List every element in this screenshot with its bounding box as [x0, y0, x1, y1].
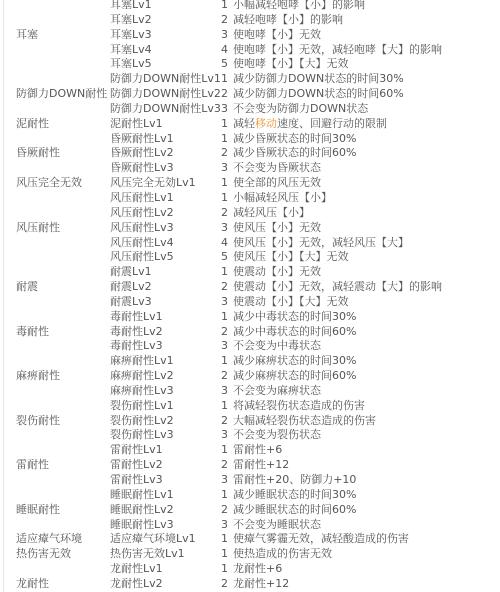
- table-row: 裂伤耐性裂伤耐性Lv22大幅减轻裂伤状态造成的伤害: [0, 414, 500, 429]
- table-row: 毒耐性Lv33不会变为中毒状态: [0, 339, 500, 354]
- description-cell: 不会变为麻痹状态: [233, 384, 321, 399]
- table-row: 风压耐性Lv44使风压【小】无效，减轻风压【大】: [0, 236, 500, 251]
- description-cell: 使咆哮【小】无效: [233, 28, 321, 43]
- table-row: 雷耐性Lv33雷耐性+20、防御力+10: [0, 473, 500, 488]
- skill-cell: 泥耐性Lv1: [110, 117, 163, 132]
- description-text: 速度、回避行动的限制: [277, 117, 387, 130]
- table-row: 昏厥耐性昏厥耐性Lv22减少昏厥状态的时间60%: [0, 146, 500, 161]
- table-row: 睡眠耐性Lv33不会变为睡眠状态: [0, 518, 500, 533]
- level-cell: 3: [221, 28, 229, 43]
- description-cell: 减少昏厥状态的时间60%: [233, 146, 356, 161]
- description-cell: 减少麻痹状态的时间30%: [233, 354, 356, 369]
- level-cell: 1: [221, 399, 229, 414]
- skill-cell: 防御力DOWN耐性Lv2: [110, 87, 221, 102]
- level-cell: 2: [221, 146, 229, 161]
- table-row: 麻痹耐性Lv11减少麻痹状态的时间30%: [0, 354, 500, 369]
- skill-cell: 裂伤耐性Lv2: [110, 414, 174, 429]
- table-row: 风压完全无效风压完全无効Lv11使全部的风压无效: [0, 176, 500, 191]
- category-cell: 风压完全无效: [16, 176, 82, 191]
- skill-cell: 风压耐性Lv2: [110, 206, 174, 221]
- table-row: 龙耐性Lv11龙耐性+6: [0, 562, 500, 577]
- table-row: 适应瘴气环境适应瘴气环境Lv11使瘴气雾霾无效，减轻酸造成的伤害: [0, 532, 500, 547]
- skill-cell: 耐震Lv3: [110, 295, 152, 310]
- level-cell: 2: [221, 577, 229, 592]
- level-cell: 3: [221, 221, 229, 236]
- description-cell: 减少中毒状态的时间30%: [233, 310, 356, 325]
- level-cell: 5: [221, 250, 229, 265]
- skill-table: 耳塞Lv11小幅减轻咆哮【小】的影响 耳塞Lv22减轻咆哮【小】的影响 耳塞耳塞…: [0, 0, 500, 592]
- skill-cell: 麻痹耐性Lv2: [110, 369, 174, 384]
- skill-cell: 雷耐性Lv1: [110, 443, 163, 458]
- skill-cell: 耳塞Lv5: [110, 57, 152, 72]
- category-cell: 耳塞: [16, 28, 38, 43]
- skill-cell: 毒耐性Lv1: [110, 310, 163, 325]
- level-cell: 1: [221, 132, 229, 147]
- table-row: 热伤害无效热伤害无效Lv11使热造成的伤害无效: [0, 547, 500, 562]
- description-cell: 使风压【小】无效，减轻风压【大】: [233, 236, 409, 251]
- description-cell: 雷耐性+20、防御力+10: [233, 473, 356, 488]
- description-cell: 使全部的风压无效: [233, 176, 321, 191]
- level-cell: 1: [221, 562, 229, 577]
- category-cell: 龙耐性: [16, 577, 49, 592]
- table-row: 毒耐性Lv11减少中毒状态的时间30%: [0, 310, 500, 325]
- level-cell: 2: [221, 280, 229, 295]
- skill-cell: 耐震Lv1: [110, 265, 152, 280]
- level-cell: 4: [221, 43, 229, 58]
- level-cell: 1: [221, 310, 229, 325]
- description-cell: 不会变为裂伤状态: [233, 428, 321, 443]
- table-row: 昏厥耐性Lv11减少昏厥状态的时间30%: [0, 132, 500, 147]
- table-row: 裂伤耐性Lv33不会变为裂伤状态: [0, 428, 500, 443]
- description-cell: 减轻移动速度、回避行动的限制: [233, 117, 387, 132]
- table-row: 麻痹耐性麻痹耐性Lv22减少麻痹状态的时间60%: [0, 369, 500, 384]
- skill-cell: 风压完全无効Lv1: [110, 176, 196, 191]
- level-cell: 3: [221, 161, 229, 176]
- skill-cell: 雷耐性Lv3: [110, 473, 163, 488]
- description-cell: 减轻风压【小】: [233, 206, 310, 221]
- description-cell: 使风压【小】无效: [233, 221, 321, 236]
- level-cell: 4: [221, 236, 229, 251]
- table-row: 耳塞Lv44使咆哮【小】无效，减轻咆哮【大】的影响: [0, 43, 500, 58]
- category-cell: 风压耐性: [16, 221, 60, 236]
- table-row: 昏厥耐性Lv33不会变为昏厥状态: [0, 161, 500, 176]
- level-cell: 1: [221, 117, 229, 132]
- skill-cell: 雷耐性Lv2: [110, 458, 163, 473]
- skill-cell: 风压耐性Lv1: [110, 191, 174, 206]
- level-cell: 1: [221, 547, 229, 562]
- description-cell: 减轻咆哮【小】的影响: [233, 13, 343, 28]
- category-cell: 耐震: [16, 280, 38, 295]
- category-cell: 毒耐性: [16, 325, 49, 340]
- description-cell: 使震动【小】无效: [233, 265, 321, 280]
- table-row: 耐震Lv11使震动【小】无效: [0, 265, 500, 280]
- table-row: 风压耐性风压耐性Lv33使风压【小】无效: [0, 221, 500, 236]
- skill-cell: 龙耐性Lv1: [110, 562, 163, 577]
- category-cell: 防御力DOWN耐性: [16, 87, 107, 102]
- table-row: 毒耐性毒耐性Lv22减少中毒状态的时间60%: [0, 325, 500, 340]
- description-cell: 使风压【小】【大】无效: [233, 250, 349, 265]
- description-cell: 雷耐性+6: [233, 443, 282, 458]
- skill-cell: 风压耐性Lv3: [110, 221, 174, 236]
- skill-cell: 耳塞Lv3: [110, 28, 152, 43]
- category-cell: 适应瘴气环境: [16, 532, 82, 547]
- description-cell: 大幅减轻裂伤状态造成的伤害: [233, 414, 376, 429]
- description-cell: 减少睡眠状态的时间30%: [233, 488, 356, 503]
- description-cell: 小幅减轻咆哮【小】的影响: [233, 0, 365, 13]
- skill-cell: 睡眠耐性Lv2: [110, 503, 174, 518]
- description-cell: 不会变为昏厥状态: [233, 161, 321, 176]
- skill-cell: 适应瘴气环境Lv1: [110, 532, 196, 547]
- skill-cell: 耐震Lv2: [110, 280, 152, 295]
- table-row: 耳塞Lv11小幅减轻咆哮【小】的影响: [0, 0, 500, 13]
- skill-cell: 耳塞Lv4: [110, 43, 152, 58]
- description-cell: 减少防御力DOWN状态的时间30%: [233, 72, 404, 87]
- description-cell: 龙耐性+6: [233, 562, 282, 577]
- level-cell: 3: [221, 428, 229, 443]
- description-cell: 龙耐性+12: [233, 577, 289, 592]
- skill-cell: 热伤害无效Lv1: [110, 547, 185, 562]
- level-cell: 1: [221, 176, 229, 191]
- level-cell: 2: [221, 87, 229, 102]
- table-row: 麻痹耐性Lv33不会变为麻痹状态: [0, 384, 500, 399]
- skill-cell: 防御力DOWN耐性Lv1: [110, 72, 221, 87]
- level-cell: 2: [221, 369, 229, 384]
- level-cell: 3: [221, 102, 229, 117]
- table-row: 睡眠耐性睡眠耐性Lv22减少睡眠状态的时间60%: [0, 503, 500, 518]
- level-cell: 1: [221, 191, 229, 206]
- description-cell: 使震动【小】无效，减轻震动【大】的影响: [233, 280, 442, 295]
- level-cell: 3: [221, 473, 229, 488]
- level-cell: 1: [221, 354, 229, 369]
- skill-cell: 昏厥耐性Lv3: [110, 161, 174, 176]
- description-cell: 使咆哮【小】无效，减轻咆哮【大】的影响: [233, 43, 442, 58]
- skill-cell: 裂伤耐性Lv3: [110, 428, 174, 443]
- table-row: 防御力DOWN耐性Lv33不会变为防御力DOWN状态: [0, 102, 500, 117]
- table-row: 耐震耐震Lv22使震动【小】无效，减轻震动【大】的影响: [0, 280, 500, 295]
- level-cell: 1: [221, 443, 229, 458]
- description-cell: 使热造成的伤害无效: [233, 547, 332, 562]
- skill-cell: 毒耐性Lv2: [110, 325, 163, 340]
- category-cell: 睡眠耐性: [16, 503, 60, 518]
- table-row: 耐震Lv33使震动【小】【大】无效: [0, 295, 500, 310]
- skill-cell: 风压耐性Lv5: [110, 250, 174, 265]
- highlighted-link-text[interactable]: 移动: [255, 117, 277, 130]
- description-cell: 小幅减轻风压【小】: [233, 191, 332, 206]
- table-row: 龙耐性龙耐性Lv22龙耐性+12: [0, 577, 500, 592]
- description-cell: 减少麻痹状态的时间60%: [233, 369, 356, 384]
- table-row: 泥耐性泥耐性Lv11减轻移动速度、回避行动的限制: [0, 117, 500, 132]
- skill-cell: 昏厥耐性Lv1: [110, 132, 174, 147]
- table-row: 防御力DOWN耐性Lv11减少防御力DOWN状态的时间30%: [0, 72, 500, 87]
- description-cell: 减少睡眠状态的时间60%: [233, 503, 356, 518]
- level-cell: 3: [221, 518, 229, 533]
- table-row: 耳塞Lv55使咆哮【小】【大】无效: [0, 57, 500, 72]
- category-cell: 裂伤耐性: [16, 414, 60, 429]
- table-row: 耳塞Lv22减轻咆哮【小】的影响: [0, 13, 500, 28]
- skill-cell: 昏厥耐性Lv2: [110, 146, 174, 161]
- table-row: 耳塞耳塞Lv33使咆哮【小】无效: [0, 28, 500, 43]
- level-cell: 2: [221, 13, 229, 28]
- skill-cell: 龙耐性Lv2: [110, 577, 163, 592]
- category-cell: 昏厥耐性: [16, 146, 60, 161]
- table-row: 防御力DOWN耐性防御力DOWN耐性Lv22减少防御力DOWN状态的时间60%: [0, 87, 500, 102]
- description-cell: 使震动【小】【大】无效: [233, 295, 349, 310]
- table-row: 风压耐性Lv55使风压【小】【大】无效: [0, 250, 500, 265]
- table-row: 裂伤耐性Lv11将减轻裂伤状态造成的伤害: [0, 399, 500, 414]
- level-cell: 1: [221, 488, 229, 503]
- description-cell: 不会变为防御力DOWN状态: [233, 102, 368, 117]
- table-row: 雷耐性雷耐性Lv22雷耐性+12: [0, 458, 500, 473]
- description-cell: 不会变为中毒状态: [233, 339, 321, 354]
- description-cell: 不会变为睡眠状态: [233, 518, 321, 533]
- skill-cell: 麻痹耐性Lv1: [110, 354, 174, 369]
- skill-cell: 防御力DOWN耐性Lv3: [110, 102, 221, 117]
- description-text: 减轻: [233, 117, 255, 130]
- category-cell: 麻痹耐性: [16, 369, 60, 384]
- table-row: 风压耐性Lv11小幅减轻风压【小】: [0, 191, 500, 206]
- level-cell: 5: [221, 57, 229, 72]
- description-cell: 将减轻裂伤状态造成的伤害: [233, 399, 365, 414]
- level-cell: 1: [221, 265, 229, 280]
- level-cell: 2: [221, 503, 229, 518]
- skill-cell: 睡眠耐性Lv1: [110, 488, 174, 503]
- level-cell: 3: [221, 295, 229, 310]
- description-cell: 使瘴气雾霾无效，减轻酸造成的伤害: [233, 532, 409, 547]
- category-cell: 泥耐性: [16, 117, 49, 132]
- description-cell: 减少防御力DOWN状态的时间60%: [233, 87, 404, 102]
- skill-cell: 毒耐性Lv3: [110, 339, 163, 354]
- table-row: 雷耐性Lv11雷耐性+6: [0, 443, 500, 458]
- table-row: 风压耐性Lv22减轻风压【小】: [0, 206, 500, 221]
- level-cell: 2: [221, 414, 229, 429]
- skill-cell: 睡眠耐性Lv3: [110, 518, 174, 533]
- description-cell: 减少中毒状态的时间60%: [233, 325, 356, 340]
- category-cell: 热伤害无效: [16, 547, 71, 562]
- level-cell: 3: [221, 384, 229, 399]
- skill-cell: 风压耐性Lv4: [110, 236, 174, 251]
- level-cell: 2: [221, 458, 229, 473]
- level-cell: 2: [221, 325, 229, 340]
- skill-cell: 裂伤耐性Lv1: [110, 399, 174, 414]
- level-cell: 3: [221, 339, 229, 354]
- table-row: 睡眠耐性Lv11减少睡眠状态的时间30%: [0, 488, 500, 503]
- level-cell: 1: [221, 0, 229, 13]
- description-cell: 减少昏厥状态的时间30%: [233, 132, 356, 147]
- skill-cell: 耳塞Lv1: [110, 0, 152, 13]
- description-cell: 雷耐性+12: [233, 458, 289, 473]
- description-cell: 使咆哮【小】【大】无效: [233, 57, 349, 72]
- skill-cell: 耳塞Lv2: [110, 13, 152, 28]
- level-cell: 1: [221, 72, 229, 87]
- category-cell: 雷耐性: [16, 458, 49, 473]
- level-cell: 2: [221, 206, 229, 221]
- skill-cell: 麻痹耐性Lv3: [110, 384, 174, 399]
- level-cell: 1: [221, 532, 229, 547]
